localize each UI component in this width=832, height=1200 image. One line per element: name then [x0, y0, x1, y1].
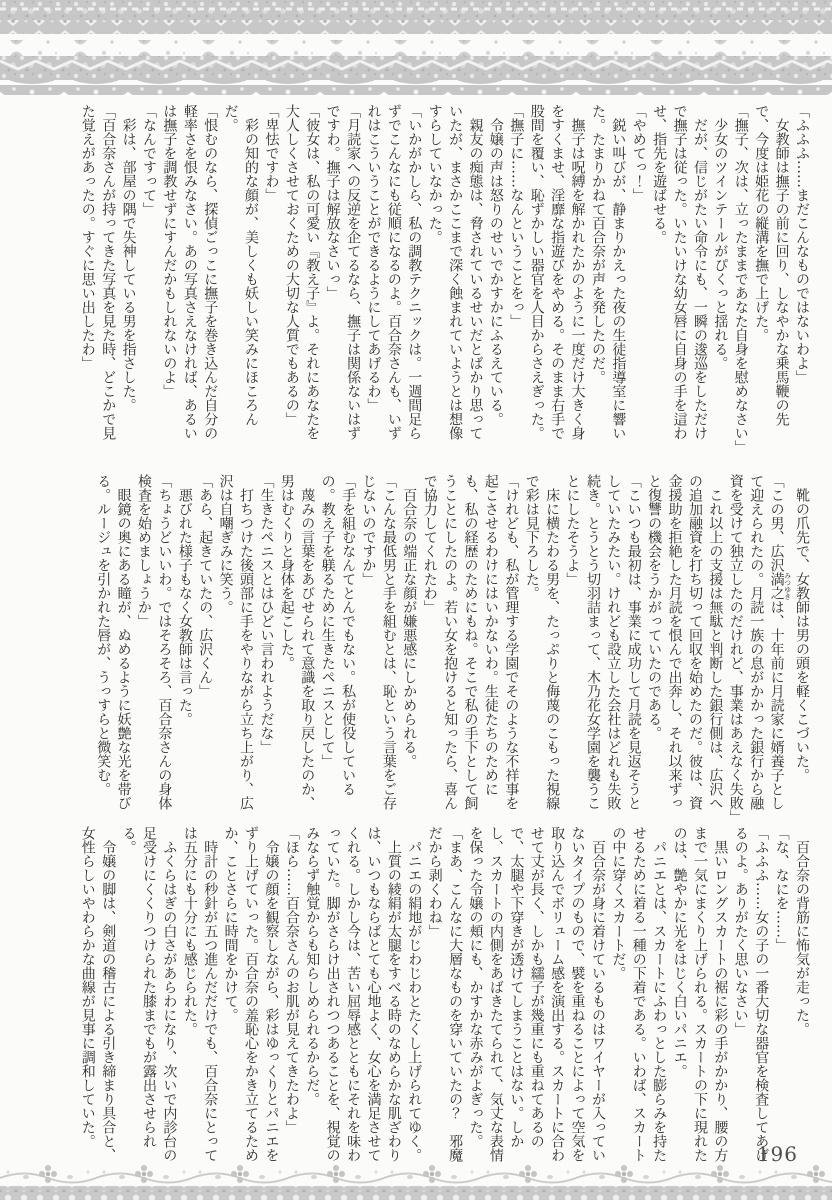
paragraph: 蔑みの言葉をあびせられて意識を取り戻したのか、男はむくりと身体を起こした。: [276, 474, 317, 819]
paragraph: 彩の知的な顔が、美しくも妖しい笑みにほころんだ。: [220, 104, 261, 449]
paragraph: 「なんですって」: [139, 104, 159, 449]
paragraph: 「月読家への反逆を企てるなら、撫子は関係ないはずですわ。撫子は解放なさいっ」: [322, 104, 363, 449]
paragraph: 「いかがかしら、私の調教テクニックは。一週間足らずでこんなにも従順になるのよ。百…: [363, 104, 424, 449]
paragraph: パニエとは、スカートにふわっとした膨らみを持たせるために着る一種の下着である。い…: [608, 826, 669, 1171]
text-tier-1: 「ふふふ……まだこんなものではないわよ」女教師は撫子の前に回り、しなやかな乗馬鞭…: [72, 104, 812, 449]
paragraph: 「撫子、次は、立ったままであなた自身を慰めなさい」: [730, 104, 750, 449]
paragraph: 打ちつけた後頭部に手をやりながら立ち上がり、広沢は自嘲ぎみに笑う。: [215, 474, 256, 819]
lace-border-top-icon: [0, 0, 832, 95]
paragraph: 上質の綾絹が太腿をすべる時のなめらかな肌ざわりは、いつもならばとても心地よく、女…: [302, 826, 404, 1171]
paragraph: 「ふふふ……まだこんなものではないわよ」: [792, 104, 812, 449]
paragraph: 「手を組むなんてとんでもない。私が使役しているの。教え子を躾るために生きたペニス…: [317, 474, 358, 819]
paragraph: 「百合奈さんが持ってきた写真を見た時、どこかで見た覚えがあったの。すぐに思い出し…: [77, 104, 118, 449]
paragraph: 女教師は撫子の前に回り、しなやかな乗馬鞭の先で、今度は姫花の縦溝を撫で上げた。: [751, 104, 792, 449]
paragraph: 悪びれた様子もなく女教師は言った。: [174, 474, 194, 819]
paragraph: 床に横たわる男を、たっぷりと侮蔑のこもった視線で彩は見下ろした。: [521, 474, 562, 819]
paragraph: 「ほら……百合奈さんのお肌が見えてきたわよ」: [281, 826, 301, 1171]
paragraph: 彩は、部屋の隅で失神している男を指さした。: [118, 104, 138, 449]
paragraph: ふくらはぎの白さがあらわになり、次いで内診台の足受けにくくりつけられた膝までもが…: [118, 826, 179, 1171]
paragraph: これ以上の支援は無駄と判断した銀行側は、広沢への追加融資を打ち切って回収を始めた…: [644, 474, 726, 819]
paragraph: 「な、なにを……」: [771, 826, 791, 1171]
paragraph: 「あら、起きていたの、広沢くん」: [195, 474, 215, 819]
paragraph: 「撫子に……なんということをっ」: [506, 104, 526, 449]
paragraph: 靴の爪先で、女教師は男の頭を軽くこづいた。: [792, 474, 812, 819]
paragraph: 時計の秒針が五つ進んだだけでも、百合奈にとっては五分にも十分にも感じられた。: [179, 826, 220, 1171]
paragraph: 令嬢の声は怒りのせいでかすかにふるえている。: [486, 104, 506, 449]
paragraph: 令嬢の顔を観察しながら、彩はゆっくりとパニエをずり上げていった。百合奈の羞恥心を…: [220, 826, 281, 1171]
paragraph: 「こいつも最初は、事業に成功して月読を見返そうとしていたみたい。けれども設立した…: [562, 474, 644, 819]
paragraph: 百合奈が身に着けているものはワイヤーが入っていないタイプのもので、襞を重ねること…: [465, 826, 608, 1171]
paragraph: 鋭い叫びが、静まりかえった夜の生徒指導室に響いた。たまりかねて百合奈が声を発した…: [588, 104, 629, 449]
paragraph: 「恨むのなら、探偵ごっこに撫子を巻き込んだ自分の軽率さを恨みなさい。あの写真さえ…: [159, 104, 220, 449]
paragraph: 「ちょうどいいわ。ではそろそろ、百合奈さんの身体検査を始めましょうか」: [134, 474, 175, 819]
paragraph: だが、信じがたい命令にも、一瞬の逡巡をしただけで撫子は従った。いたいけな幼女唇に…: [649, 104, 710, 449]
paragraph: 「ふふふ……女の子の一番大切な器官を検査してあげるのよ。ありがたく思いなさい」: [730, 826, 771, 1171]
paragraph: 撫子は呪縛を解かれたかのように一度だけ大きく身をすくませ、淫靡な指遊びをやめる。…: [526, 104, 587, 449]
paragraph: 「卑怯ですわ」: [261, 104, 281, 449]
paragraph: 眼鏡の奥にある瞳が、ぬめるように妖艶な光を帯びる。ルージュを引かれた唇が、うっす…: [93, 474, 134, 819]
paragraph: パニエの絹地がじわじわとたくし上げられてゆく。: [404, 826, 424, 1171]
paragraph: 「生きたペニスとはひどい言われようだな」: [256, 474, 276, 819]
paragraph: 百合奈の端正な顔が嫌悪感にしかめられる。: [399, 474, 419, 819]
paragraph: 「こんな最低男と手を組むとは、恥という言葉をご存じないのですか」: [358, 474, 399, 819]
paragraph: 「まあ、こんなに大層なものを穿いていたの？ 邪魔だから剥くわね」: [424, 826, 465, 1171]
book-page: 「ふふふ……まだこんなものではないわよ」女教師は撫子の前に回り、しなやかな乗馬鞭…: [0, 0, 832, 1200]
paragraph: 「やめてっ！」: [628, 104, 648, 449]
ruby-annotation: 満之みつゆき: [769, 572, 785, 600]
paragraph: 少女のツインテールがぴくっと揺れる。: [710, 104, 730, 449]
text-tier-3: 百合奈の背筋に怖気が走った。「な、なにを……」「ふふふ……女の子の一番大切な器官…: [72, 826, 812, 1171]
paragraph: 百合奈の背筋に怖気が走った。: [792, 826, 812, 1171]
page-number: 196: [757, 1142, 798, 1166]
paragraph: 黒いロングスカートの裾に彩の手がかかり、腰の方まで一気にまくり上げられる。スカー…: [669, 826, 730, 1171]
paragraph: 「彼女は、私の可愛い『教え子』よ。それにあなたを大人しくさせておくための大切な人…: [281, 104, 322, 449]
paragraph: 「けれども、私が管理する学園でそのような不祥事を起こさせるわけにはいかないわ。生…: [419, 474, 521, 819]
paragraph: 「この男、広沢満之みつゆきは、十年前に月読家に婿養子として迎えられたの。月読一族…: [725, 474, 791, 819]
text-tier-2: 靴の爪先で、女教師は男の頭を軽くこづいた。「この男、広沢満之みつゆきは、十年前に…: [72, 474, 812, 819]
paragraph: 親友の痴態は、脅されているせいだとばかり思っていたが、まさかここまで深く蝕まれて…: [424, 104, 485, 449]
lace-border-bottom-icon: [0, 1164, 832, 1200]
paragraph: 令嬢の脚は、剣道の稽古による引き締まり具合と、女性らしいやわらかな曲線が見事に調…: [77, 826, 118, 1171]
